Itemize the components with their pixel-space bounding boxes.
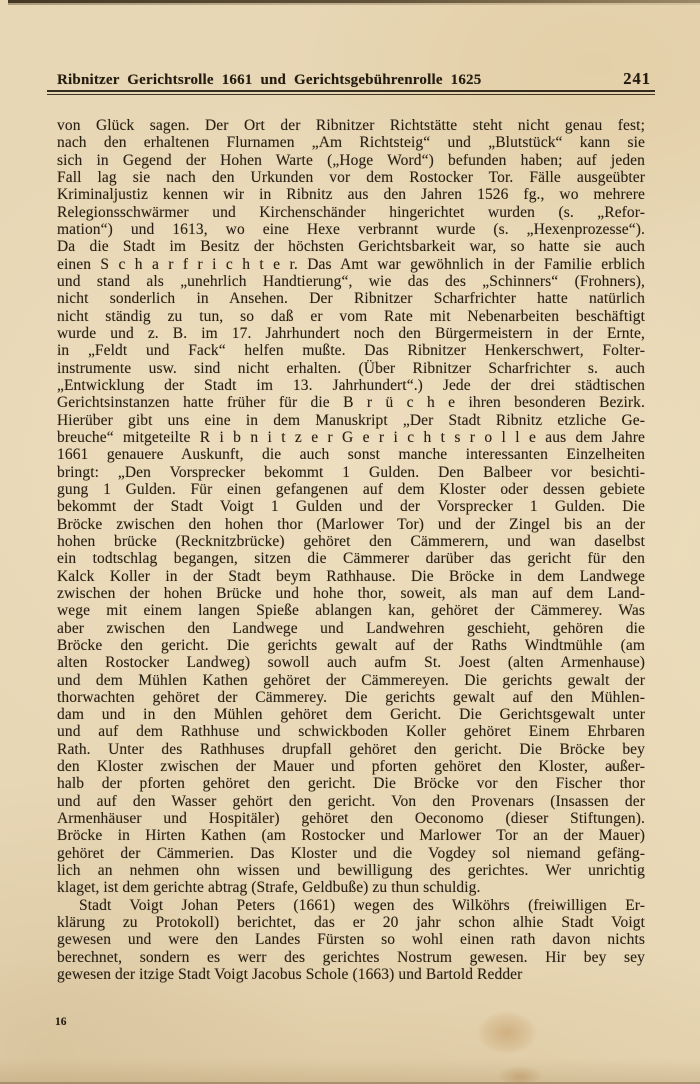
text-line: und auf dem Rathhuse und schwickboden Ko… [57,723,645,740]
text-line: alten Rostocker Landweg) sowoll auch auf… [57,654,645,671]
header-double-rule [47,90,655,95]
text-line: gehöret der Cämmerien. Das Kloster und d… [57,845,645,862]
text-line: sich in Gegend der Hohen Warte („Hoge Wo… [57,152,645,169]
paper-stain [478,1012,536,1054]
text-line: Fall lag sie nach den Urkunden vor dem R… [57,169,645,186]
text-line: aber zwischen den Landwege und Landwehre… [57,620,645,637]
text-line: Kriminaljustiz kennen wir in Ribnitz aus… [57,186,645,203]
text-line: gung 1 Gulden. Für einen gefangenen auf … [57,481,645,498]
text-line: von Glück sagen. Der Ort der Ribnitzer R… [57,117,645,134]
paper-stain [498,1066,542,1084]
running-header-title: Ribnitzer Gerichtsrolle 1661 und Gericht… [57,72,481,89]
text-line: mation“) und 1613, wo eine Hexe verbrann… [57,221,645,238]
text-line: bringt: „Den Vorsprecker bekommt 1 Gulde… [57,464,645,481]
text-line: nicht ständig zu tun, so daß er vom Rate… [57,308,645,325]
text-line: einen S c h a r f r i c h t e r. Das Amt… [57,256,645,273]
body-text: von Glück sagen. Der Ort der Ribnitzer R… [57,117,645,983]
text-line: Relegionsschwärmer und Kirchenschänder h… [57,204,645,221]
text-line: gewesen der itzige Stadt Voigt Jacobus S… [57,966,645,983]
text-line: und auf den Wasser gehört den gericht. V… [57,793,645,810]
text-line: Bröcke in Hirten Kathen (am Rostocker un… [57,827,645,844]
scan-edge-bottom-shadow [0,1058,700,1084]
text-line: Kalck Koller in der Stadt beym Rathhause… [57,568,645,585]
text-line: Hierüber gibt uns eine in dem Manuskript… [57,412,645,429]
text-line: halb der pforten gehöret den gericht. Di… [57,775,645,792]
scan-edge-top-shadow [8,3,700,5]
text-line: den Kloster zwischen der Mauer und pfort… [57,758,645,775]
signature-mark: 16 [55,1016,67,1028]
text-line: gewesen und were den Landes Fürsten so w… [57,931,645,948]
text-line: nicht sonderlich in Ansehen. Der Ribnitz… [57,290,645,307]
text-line: ein todtschlag begangen, sitzen die Cämm… [57,550,645,567]
text-line: klärung zu Protokoll) berichtet, das er … [57,914,645,931]
text-line: wurde und z. B. im 17. Jahrhundert noch … [57,325,645,342]
text-line: berechnet, sondern es werr des gerichtes… [57,949,645,966]
text-line: in „Feldt und Fack“ helfen mußte. Das Ri… [57,342,645,359]
scanned-book-page: Ribnitzer Gerichtsrolle 1661 und Gericht… [0,0,700,1084]
text-line: thorwachten gehöret der Cämmerey. Die ge… [57,689,645,706]
text-line: dam und in den Mühlen gehöret dem Gerich… [57,706,645,723]
text-line: wege mit einem langen Spieße ablangen ka… [57,602,645,619]
text-line: hohen brücke (Recknitzbrücke) gehöret de… [57,533,645,550]
text-line: Bröcke den gericht. Die gerichts gewalt … [57,637,645,654]
text-line: „Entwicklung der Stadt im 13. Jahrhunder… [57,377,645,394]
text-line: klaget, ist dem gerichte abtrag (Strafe,… [57,879,645,896]
text-line: und stand als „unehrlich Handtierung“, w… [57,273,645,290]
text-line: Armenhäuser und Hospitäler) gehöret den … [57,810,645,827]
text-line: zwischen der hohen Brücke und hohe thor,… [57,585,645,602]
text-line: 1661 genauere Auskunft, die auch sonst m… [57,446,645,463]
text-line: nach den erhaltenen Flurnamen „Am Richts… [57,134,645,151]
text-line: instrumente usw. sind nicht erhalten. (Ü… [57,360,645,377]
text-line: lich an nehmen ohn wissen und bewilligun… [57,862,645,879]
text-line: und dem Mühlen Kathen gehöret der Cämmer… [57,672,645,689]
text-line: Rath. Unter des Rathhuses drupfall gehör… [57,741,645,758]
text-line: breuche“ mitgeteilte R i b n i t z e r G… [57,429,645,446]
page-number: 241 [623,69,651,89]
text-line: Stadt Voigt Johan Peters (1661) wegen de… [57,897,645,914]
text-line: bekommt der Stadt Voigt 1 Gulden und der… [57,498,645,515]
text-line: Gerichtsinstanzen hatte früher für die B… [57,394,645,411]
text-line: Bröcke zwischen den hohen thor (Marlower… [57,516,645,533]
text-line: Da die Stadt im Besitz der höchsten Geri… [57,238,645,255]
